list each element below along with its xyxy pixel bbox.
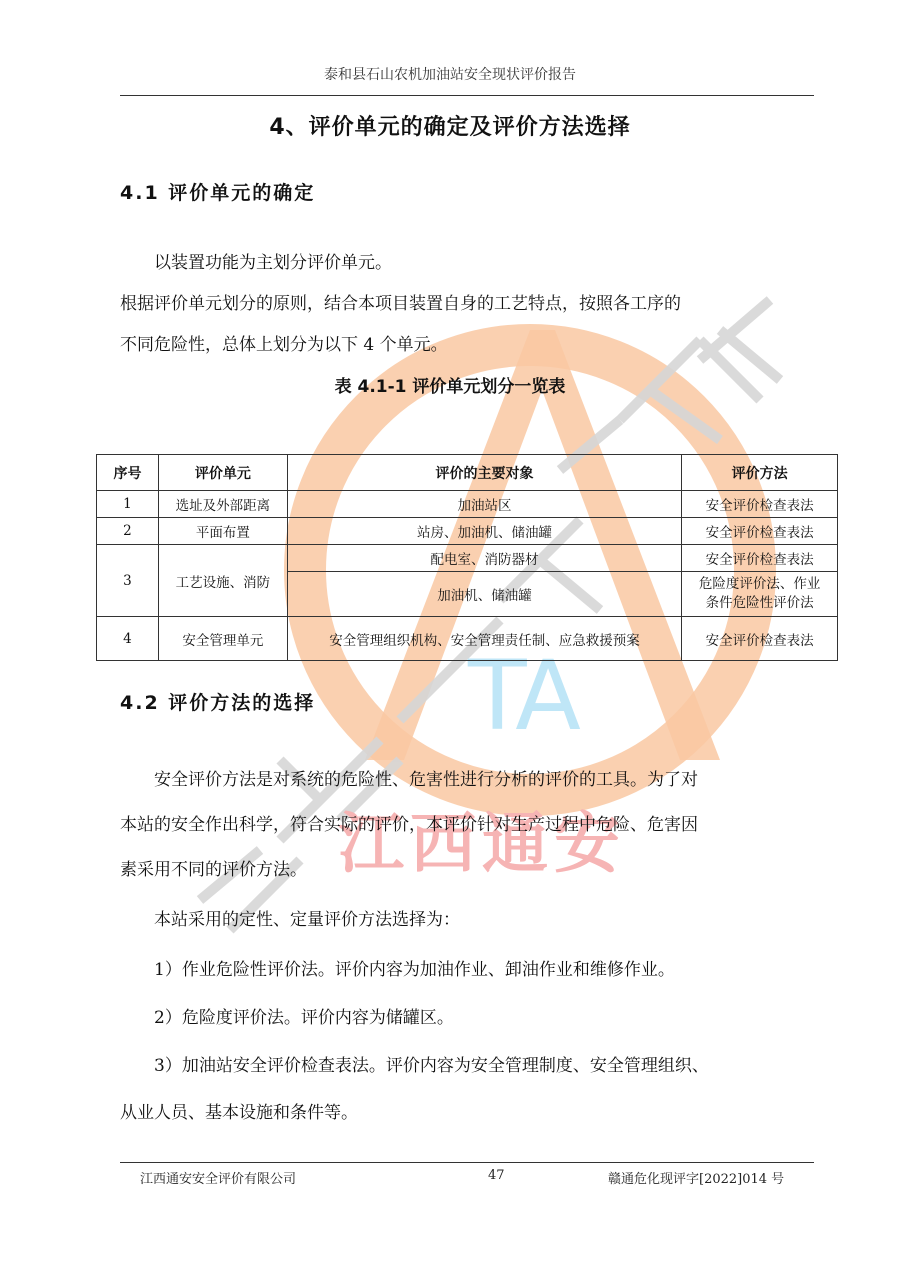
cell-object: 加油站区 <box>287 491 681 518</box>
paragraph-selection: 本站采用的定性、定量评价方法选择为： <box>154 902 854 938</box>
cell-object: 加油机、储油罐 <box>287 572 681 617</box>
cell-unit: 平面布置 <box>158 518 287 545</box>
header-cell-unit: 评价单元 <box>158 455 287 491</box>
footer-rule <box>120 1162 814 1163</box>
evaluation-units-table: 序号 评价单元 评价的主要对象 评价方法 1 选址及外部距离 加油站区 安全评价… <box>96 454 838 661</box>
table-row: 3 工艺设施、消防 配电室、消防器材 安全评价检查表法 <box>97 545 838 572</box>
chapter-title: 4、评价单元的确定及评价方法选择 <box>0 110 900 141</box>
list-item-2: 2）危险度评价法。评价内容为储罐区。 <box>154 1000 854 1036</box>
cell-unit: 工艺设施、消防 <box>158 545 287 617</box>
cell-no: 2 <box>97 518 159 545</box>
cell-unit: 选址及外部距离 <box>158 491 287 518</box>
cell-method: 安全评价检查表法 <box>682 545 838 572</box>
list-item-3-line1: 3）加油站安全评价检查表法。评价内容为安全管理制度、安全管理组织、 <box>154 1048 834 1084</box>
header-rule <box>120 95 814 96</box>
cell-method: 安全评价检查表法 <box>682 518 838 545</box>
cell-object: 配电室、消防器材 <box>287 545 681 572</box>
paragraph-methods-line3: 素采用不同的评价方法。 <box>120 852 820 888</box>
cell-method: 危险度评价法、作业 条件危险性评价法 <box>682 572 838 617</box>
paragraph-intro: 以装置功能为主划分评价单元。 <box>154 245 854 281</box>
list-item-3-line2: 从业人员、基本设施和条件等。 <box>120 1095 820 1131</box>
table-caption: 表 4.1-1 评价单元划分一览表 <box>0 372 900 397</box>
running-header: 泰和县石山农机加油站安全现状评价报告 <box>0 64 900 84</box>
footer-page-number: 47 <box>488 1168 505 1183</box>
table-row: 4 安全管理单元 安全管理组织机构、安全管理责任制、应急救援预案 安全评价检查表… <box>97 617 838 661</box>
cell-method: 安全评价检查表法 <box>682 491 838 518</box>
list-item-1: 1）作业危险性评价法。评价内容为加油作业、卸油作业和维修作业。 <box>154 952 854 988</box>
paragraph-methods-line1: 安全评价方法是对系统的危险性、危害性进行分析的评价的工具。为了对 <box>154 762 824 798</box>
paragraph-principle-line1: 根据评价单元划分的原则，结合本项目装置自身的工艺特点，按照各工序的 <box>120 286 820 322</box>
cell-method-line1: 危险度评价法、作业 <box>684 575 835 594</box>
section-heading-4-1: 4.1 评价单元的确定 <box>120 178 315 205</box>
table-row: 2 平面布置 站房、加油机、储油罐 安全评价检查表法 <box>97 518 838 545</box>
paragraph-principle-line2: 不同危险性，总体上划分为以下 4 个单元。 <box>120 327 820 363</box>
header-cell-method: 评价方法 <box>682 455 838 491</box>
cell-no: 4 <box>97 617 159 661</box>
footer-company: 江西通安安全评价有限公司 <box>140 1168 296 1187</box>
footer-doc-number: 赣通危化现评字[2022]014 号 <box>608 1168 784 1187</box>
header-cell-object: 评价的主要对象 <box>287 455 681 491</box>
cell-unit: 安全管理单元 <box>158 617 287 661</box>
cell-object: 安全管理组织机构、安全管理责任制、应急救援预案 <box>287 617 681 661</box>
header-cell-no: 序号 <box>97 455 159 491</box>
paragraph-methods-line2: 本站的安全作出科学，符合实际的评价，本评价针对生产过程中危险、危害因 <box>120 807 820 843</box>
cell-method: 安全评价检查表法 <box>682 617 838 661</box>
section-heading-4-2: 4.2 评价方法的选择 <box>120 688 315 715</box>
cell-no: 1 <box>97 491 159 518</box>
cell-object: 站房、加油机、储油罐 <box>287 518 681 545</box>
table-row: 1 选址及外部距离 加油站区 安全评价检查表法 <box>97 491 838 518</box>
cell-no: 3 <box>97 545 159 617</box>
table-header-row: 序号 评价单元 评价的主要对象 评价方法 <box>97 455 838 491</box>
cell-method-line2: 条件危险性评价法 <box>684 594 835 613</box>
